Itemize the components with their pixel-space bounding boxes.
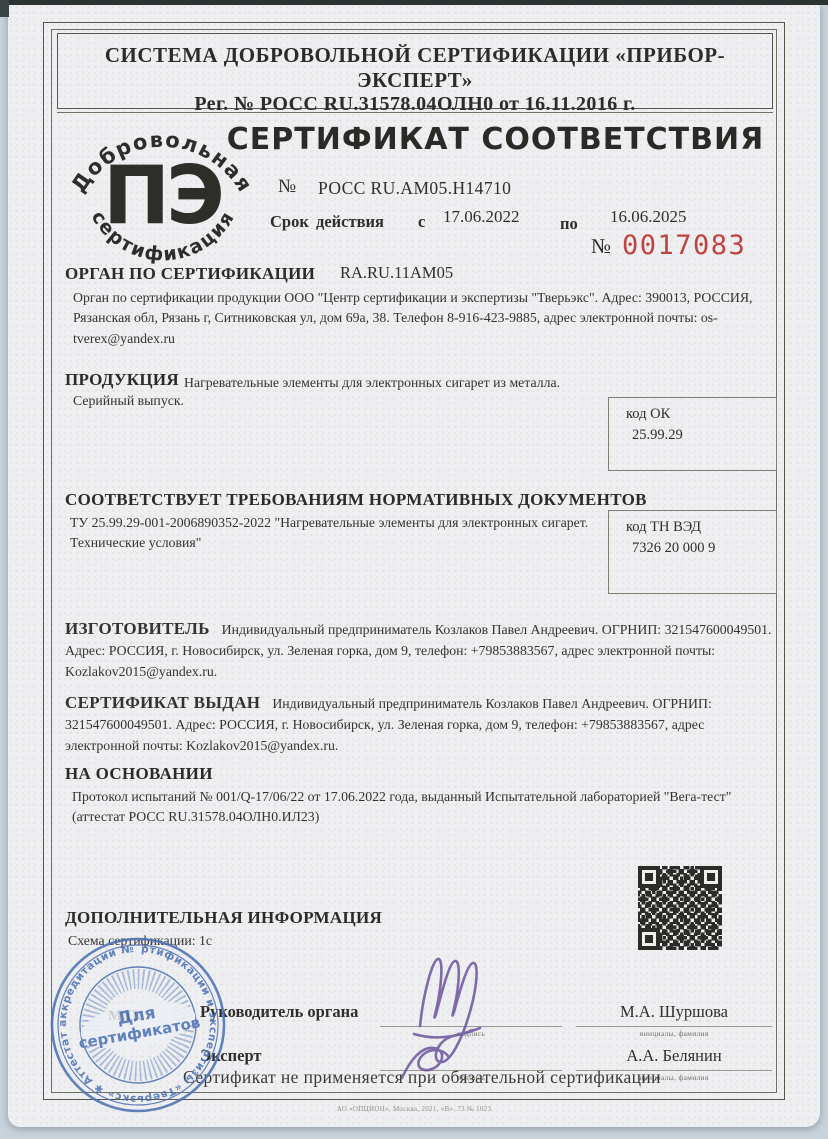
org-stamp: Для сертификатов ООО «Центр сертификации… (26, 932, 250, 1118)
basis-body: Протокол испытаний № 001/Q-17/06/22 от 1… (72, 787, 782, 828)
code-tnved-label: код ТН ВЭД (626, 519, 701, 536)
qr-finder-icon (638, 866, 660, 888)
validity-to-date: 16.06.2025 (610, 207, 687, 227)
form-number-value: 0017083 (622, 230, 746, 261)
validity-label: Срок действия (270, 212, 384, 232)
form-number-sign: № (591, 234, 611, 259)
code-ok-box: код ОК 25.99.29 (608, 397, 777, 471)
head-name: М.А. Шуршова (576, 1002, 772, 1022)
code-tnved-value: 7326 20 000 9 (632, 540, 715, 557)
issued-paragraph: СЕРТИФИКАТ ВЫДАНИндивидуальный предприни… (65, 690, 779, 756)
code-tnved-box: код ТН ВЭД 7326 20 000 9 (608, 510, 777, 594)
name-caption: инициалы, фамилия (576, 1029, 772, 1038)
certificate-title: СЕРТИФИКАТ СООТВЕТСТВИЯ (223, 122, 768, 157)
qr-finder-icon (700, 866, 722, 888)
photo-edge-top (0, 0, 828, 5)
basis-heading: НА ОСНОВАНИИ (65, 764, 213, 784)
org-heading: ОРГАН ПО СЕРТИФИКАЦИИ (65, 264, 315, 284)
additional-heading: ДОПОЛНИТЕЛЬНАЯ ИНФОРМАЦИЯ (65, 908, 382, 928)
code-ok-label: код ОК (626, 406, 670, 423)
validity-from-label: с (418, 212, 425, 232)
production-text: Нагревательные элементы для электронных … (184, 373, 744, 393)
photo-edge-corner (0, 0, 9, 17)
cert-number-sign: № (278, 176, 296, 198)
validity-from-date: 17.06.2022 (443, 207, 520, 227)
manufacturer-paragraph: ИЗГОТОВИТЕЛЬИндивидуальный предпринимате… (65, 616, 779, 682)
header-box: СИСТЕМА ДОБРОВОЛЬНОЙ СЕРТИФИКАЦИИ «ПРИБО… (57, 33, 773, 109)
expert-name: А.А. Белянин (576, 1046, 772, 1066)
production-serial-text: Серийный выпуск. (73, 391, 184, 411)
qr-code (638, 866, 722, 950)
certificate-paper: СИСТЕМА ДОБРОВОЛЬНОЙ СЕРТИФИКАЦИИ «ПРИБО… (8, 4, 820, 1127)
production-heading: ПРОДУКЦИЯ (65, 370, 179, 390)
code-ok-value: 25.99.29 (632, 427, 683, 444)
org-body: Орган по сертификации продукции ООО "Цен… (73, 288, 779, 349)
validity-to-label: по (560, 214, 578, 234)
signature-ink (380, 948, 540, 1084)
manufacturer-heading: ИЗГОТОВИТЕЛЬ (65, 619, 210, 638)
qr-finder-icon (638, 928, 660, 950)
name-line (576, 1026, 772, 1027)
issued-heading: СЕРТИФИКАТ ВЫДАН (65, 693, 260, 712)
system-registration: Рег. № РОСС RU.31578.04ОЛН0 от 16.11.201… (58, 93, 772, 116)
system-name: СИСТЕМА ДОБРОВОЛЬНОЙ СЕРТИФИКАЦИИ «ПРИБО… (58, 43, 772, 93)
conformity-heading: СООТВЕТСТВУЕТ ТРЕБОВАНИЯМ НОРМАТИВНЫХ ДО… (65, 490, 647, 510)
conformity-body: ТУ 25.99.29-001-2006890352-2022 "Нагрева… (70, 513, 608, 554)
org-code: RA.RU.11АМ05 (340, 263, 453, 283)
cert-number-value: РОСС RU.AM05.H14710 (318, 178, 511, 199)
